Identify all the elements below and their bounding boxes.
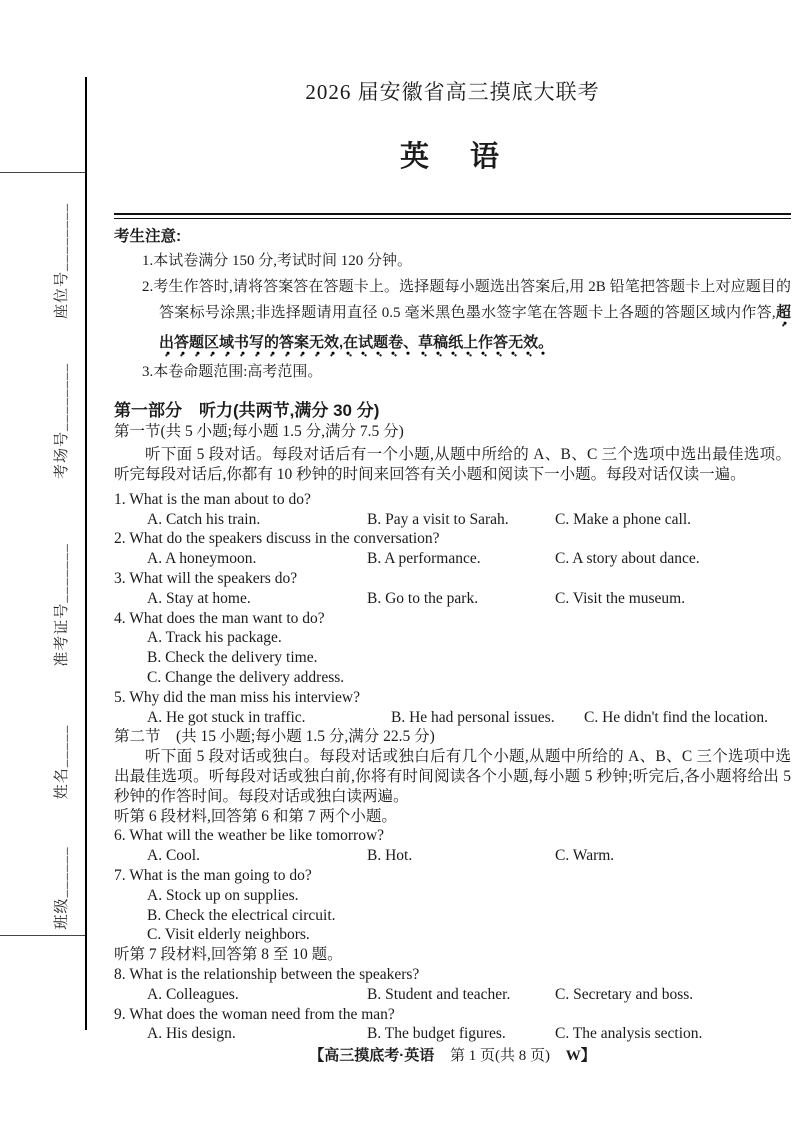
question-2-text: 2. What do the speakers discuss in the c… <box>114 529 791 549</box>
material-7-note: 听第 7 段材料,回答第 8 至 10 题。 <box>114 945 791 965</box>
question-7-option-c: C. Visit elderly neighbors. <box>114 925 791 945</box>
seal-vertical-line <box>85 77 87 1030</box>
question-6: 6. What will the weather be like tomorro… <box>114 826 791 866</box>
question-2-option-a: A. A honeymoon. <box>147 549 367 569</box>
subject-title: 英 语 <box>114 139 791 175</box>
section1-heading: 第一节(共 5 小题;每小题 1.5 分,满分 7.5 分) <box>114 422 791 442</box>
question-8-text: 8. What is the relationship between the … <box>114 965 791 985</box>
question-1: 1. What is the man about to do? A. Catch… <box>114 490 791 530</box>
section2-instructions: 听下面 5 段对话或独白。每段对话或独白后有几个小题,从题中所给的 A、B、C … <box>114 747 791 806</box>
question-9-option-a: A. His design. <box>147 1024 367 1044</box>
question-2: 2. What do the speakers discuss in the c… <box>114 529 791 569</box>
question-list-2: 6. What will the weather be like tomorro… <box>114 826 791 945</box>
question-5-option-b: B. He had personal issues. <box>391 708 584 728</box>
question-2-option-c: C. A story about dance. <box>555 549 791 569</box>
question-8: 8. What is the relationship between the … <box>114 965 791 1005</box>
section2-heading: 第二节 (共 15 小题;每小题 1.5 分,满分 22.5 分) <box>114 727 791 747</box>
question-5: 5. Why did the man miss his interview? A… <box>114 688 791 728</box>
question-6-options: A. Cool. B. Hot. C. Warm. <box>114 846 791 866</box>
question-2-options: A. A honeymoon. B. A performance. C. A s… <box>114 549 791 569</box>
footer-page-number: 第 1 页(共 8 页) <box>450 1048 550 1064</box>
question-4-options: A. Track his package. B. Check the deliv… <box>114 628 791 687</box>
question-1-option-b: B. Pay a visit to Sarah. <box>367 510 555 530</box>
question-4-text: 4. What does the man want to do? <box>114 609 791 629</box>
question-3-option-a: A. Stay at home. <box>147 589 367 609</box>
question-3-options: A. Stay at home. B. Go to the park. C. V… <box>114 589 791 609</box>
question-8-option-b: B. Student and teacher. <box>367 985 555 1005</box>
question-9-text: 9. What does the woman need from the man… <box>114 1005 791 1025</box>
question-7-option-a: A. Stock up on supplies. <box>114 886 791 906</box>
section1-instructions: 听下面 5 段对话。每段对话后有一个小题,从题中所给的 A、B、C 三个选项中选… <box>114 445 791 485</box>
question-5-options: A. He got stuck in traffic. B. He had pe… <box>114 708 791 728</box>
material-6-note: 听第 6 段材料,回答第 6 和第 7 两个小题。 <box>114 807 791 827</box>
question-5-text: 5. Why did the man miss his interview? <box>114 688 791 708</box>
question-4-option-c: C. Change the delivery address. <box>114 668 791 688</box>
notice-item-2: 2.考生作答时,请将答案答在答题卡上。选择题每小题选出答案后,用 2B 铅笔把答… <box>114 275 791 361</box>
question-4-option-a: A. Track his package. <box>114 628 791 648</box>
question-8-option-a: A. Colleagues. <box>147 985 367 1005</box>
notice-item-3: 3.本卷命题范围:高考范围。 <box>114 360 791 386</box>
question-7-options: A. Stock up on supplies. B. Check the el… <box>114 886 791 945</box>
page-footer: 【高三摸底考·英语 第 1 页(共 8 页) W】 <box>114 1046 791 1066</box>
question-6-option-a: A. Cool. <box>147 846 367 866</box>
question-2-option-b: B. A performance. <box>367 549 555 569</box>
question-9-option-b: B. The budget figures. <box>367 1024 555 1044</box>
question-1-option-a: A. Catch his train. <box>147 510 367 530</box>
question-9-option-c: C. The analysis section. <box>555 1024 791 1044</box>
question-3: 3. What will the speakers do? A. Stay at… <box>114 569 791 609</box>
divider-double-rule <box>114 213 791 219</box>
question-6-text: 6. What will the weather be like tomorro… <box>114 826 791 846</box>
question-list-3: 8. What is the relationship between the … <box>114 965 791 1044</box>
question-6-option-b: B. Hot. <box>367 846 555 866</box>
question-9-options: A. His design. B. The budget figures. C.… <box>114 1024 791 1044</box>
question-8-options: A. Colleagues. B. Student and teacher. C… <box>114 985 791 1005</box>
question-9: 9. What does the woman need from the man… <box>114 1005 791 1045</box>
part1-heading: 第一部分 听力(共两节,满分 30 分) <box>114 400 791 422</box>
question-1-option-c: C. Make a phone call. <box>555 510 791 530</box>
notice-heading: 考生注意: <box>114 225 791 249</box>
question-4-option-b: B. Check the delivery time. <box>114 648 791 668</box>
question-7-text: 7. What is the man going to do? <box>114 866 791 886</box>
question-3-option-c: C. Visit the museum. <box>555 589 791 609</box>
question-list-1: 1. What is the man about to do? A. Catch… <box>114 490 791 728</box>
exam-title: 2026 届安徽省高三摸底大联考 <box>114 77 791 107</box>
notice-item-2-text: 2.考生作答时,请将答案答在答题卡上。选择题每小题选出答案后,用 2B 铅笔把答… <box>142 279 791 322</box>
question-4: 4. What does the man want to do? A. Trac… <box>114 609 791 688</box>
question-5-option-a: A. He got stuck in traffic. <box>147 708 391 728</box>
question-6-option-c: C. Warm. <box>555 846 791 866</box>
question-3-text: 3. What will the speakers do? <box>114 569 791 589</box>
question-1-text: 1. What is the man about to do? <box>114 490 791 510</box>
question-7-option-b: B. Check the electrical circuit. <box>114 906 791 926</box>
question-5-option-c: C. He didn't find the location. <box>584 708 791 728</box>
footer-version-tag: W】 <box>566 1048 596 1064</box>
footer-exam-name: 【高三摸底考·英语 <box>309 1047 434 1064</box>
question-7: 7. What is the man going to do? A. Stock… <box>114 866 791 945</box>
page-content: 2026 届安徽省高三摸底大联考 英 语 考生注意: 1.本试卷满分 150 分… <box>114 0 791 1066</box>
seal-label-class: 班级______ <box>51 778 73 998</box>
question-8-option-c: C. Secretary and boss. <box>555 985 791 1005</box>
notice-item-1: 1.本试卷满分 150 分,考试时间 120 分钟。 <box>114 249 791 275</box>
question-3-option-b: B. Go to the park. <box>367 589 555 609</box>
question-1-options: A. Catch his train. B. Pay a visit to Sa… <box>114 510 791 530</box>
